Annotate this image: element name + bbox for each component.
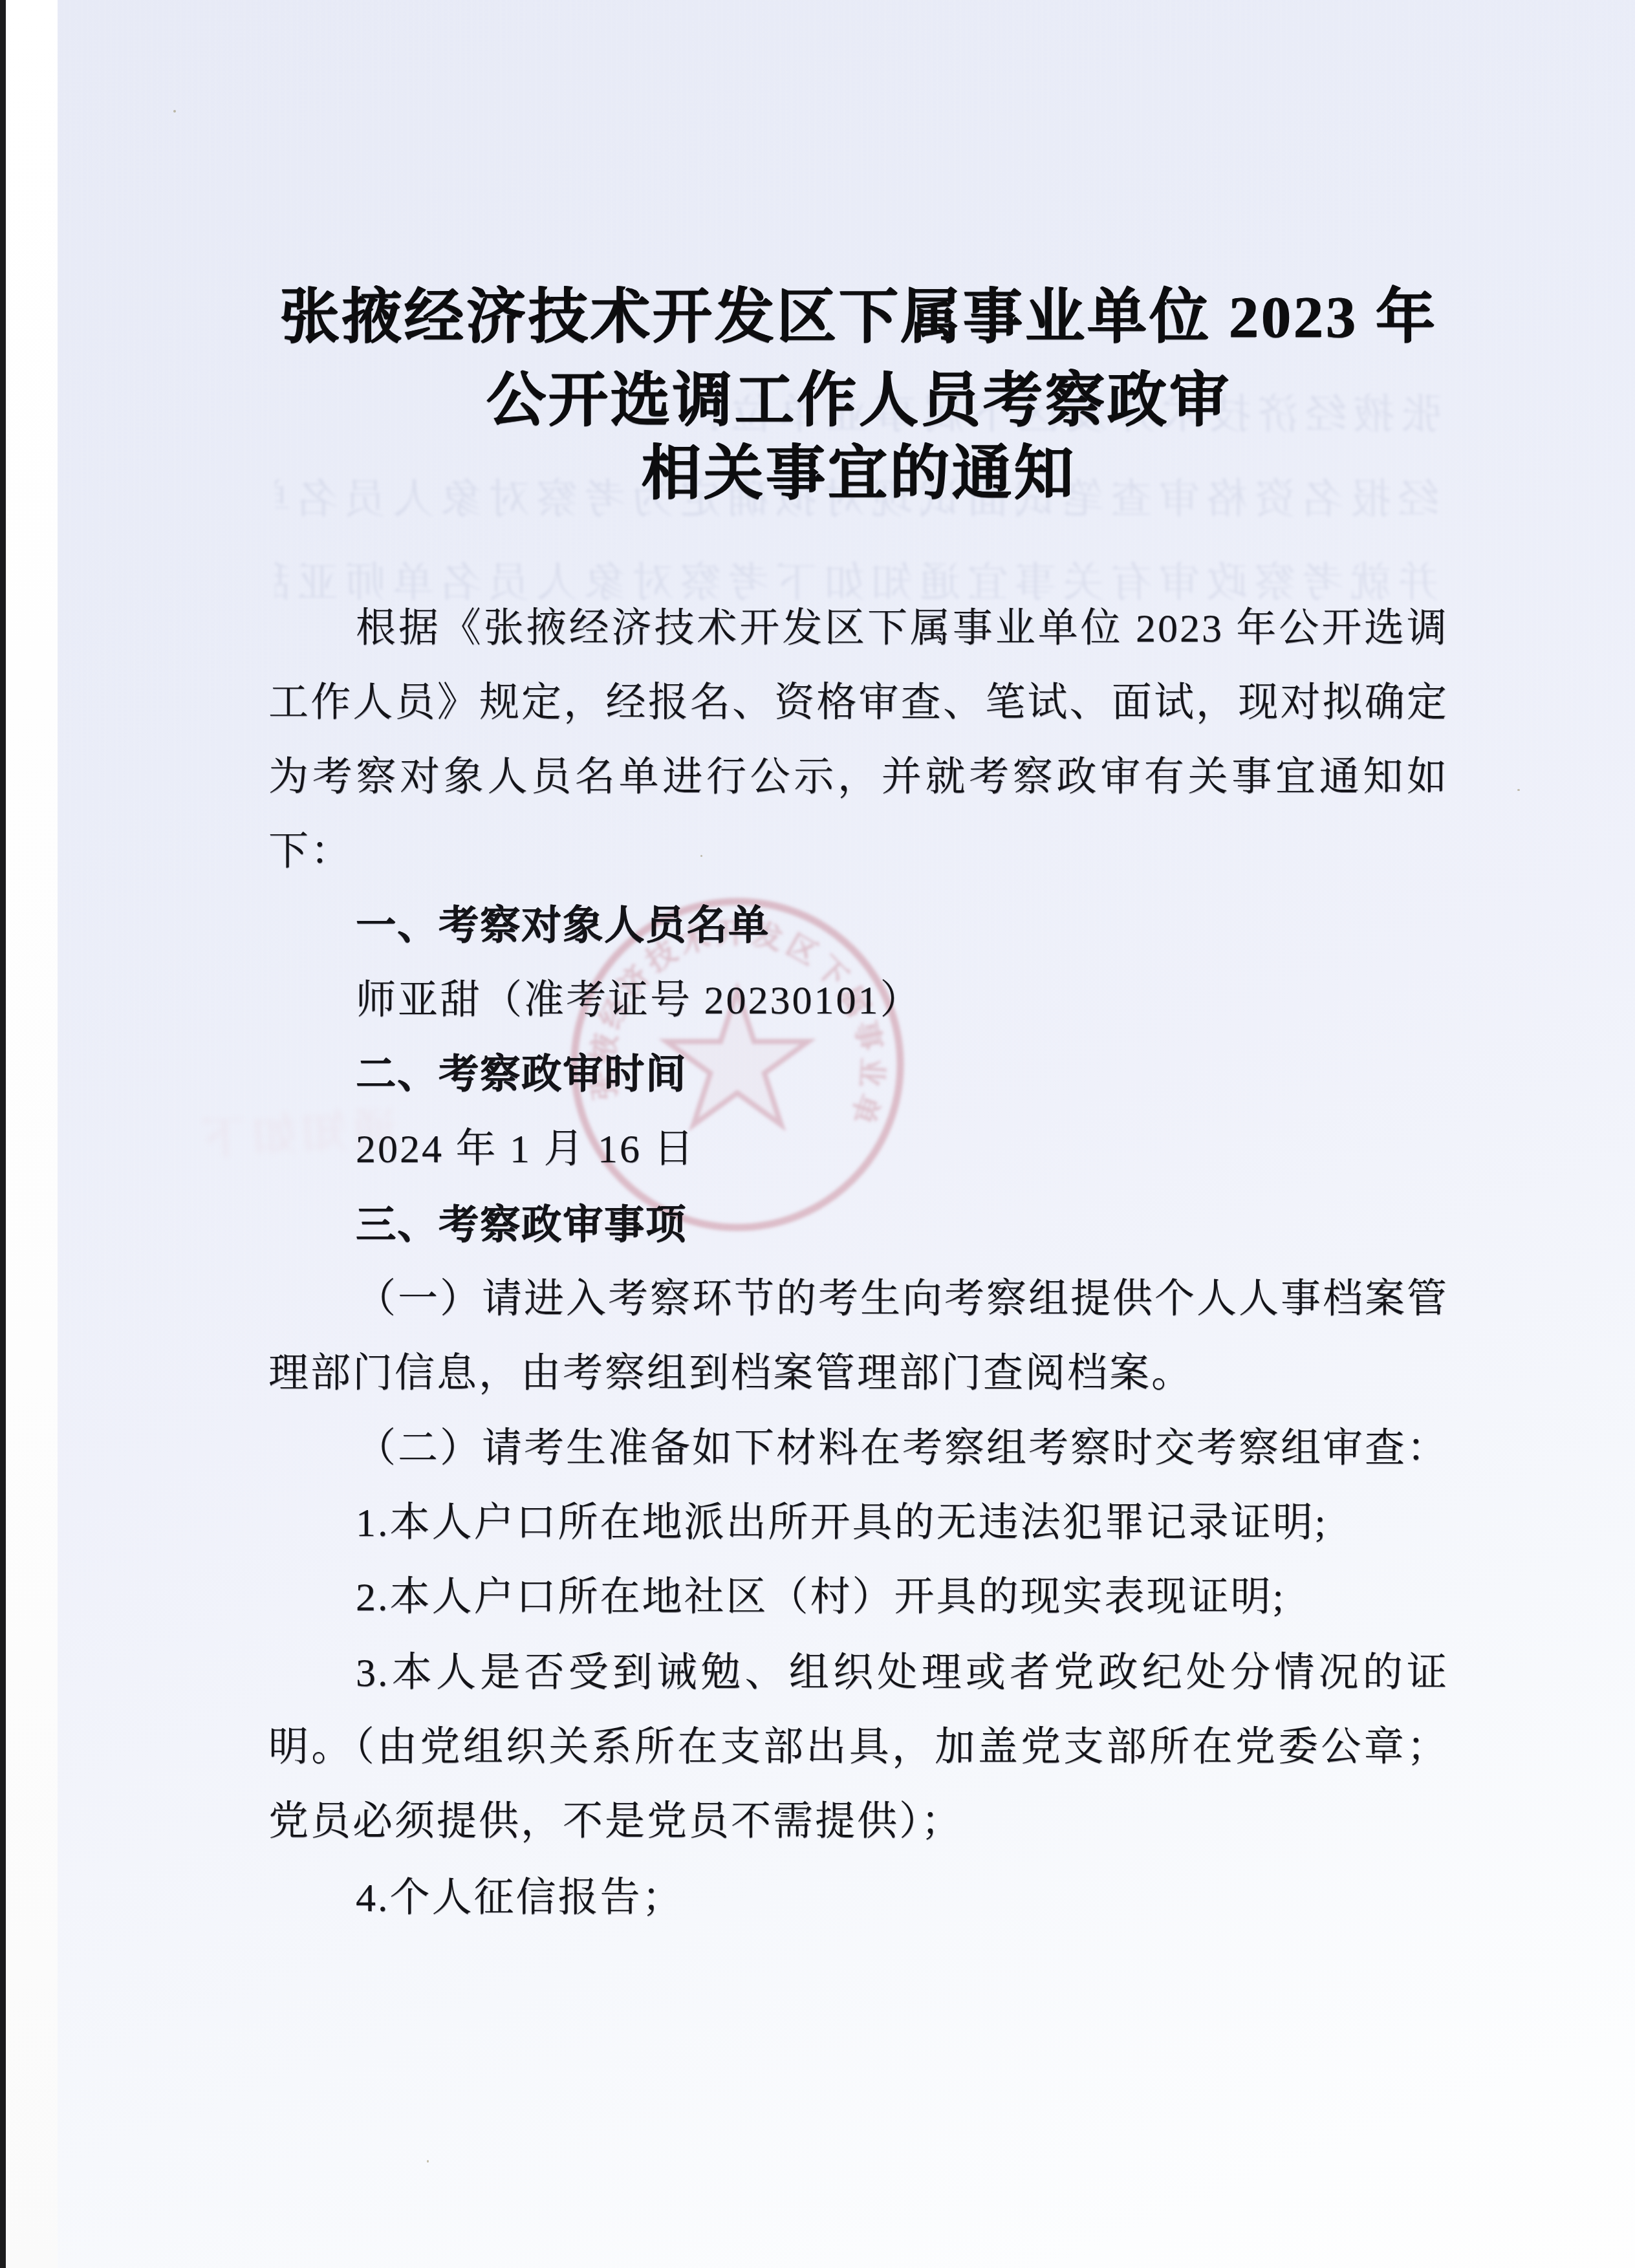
section-3-line: 理部门信息，由考察组到档案管理部门查阅档案。 bbox=[268, 1350, 1449, 1398]
scanned-notice-page: 张掖经济技术开发区下属事业单位公开选调 经报名资格审查笔试面试现对拟确定为考察对… bbox=[0, 0, 1635, 2268]
material-item-line: 党员必须提供，不是党员不需提供）； bbox=[268, 1798, 1449, 1846]
section-3-line: （二）请考生准备如下材料在考察组考察时交考察组审查： bbox=[268, 1425, 1449, 1473]
intro-line: 工作人员》规定，经报名、资格审查、笔试、面试，现对拟确定 bbox=[268, 679, 1449, 727]
intro-line: 为考察对象人员名单进行公示，并就考察政审有关事宜通知如 bbox=[268, 753, 1449, 801]
intro-line: 根据《张掖经济技术开发区下属事业单位 2023 年公开选调 bbox=[268, 605, 1449, 653]
notice-title-line-2: 公开选调工作人员考察政审 bbox=[268, 365, 1449, 435]
material-item-line: 3.本人是否受到诫勉、组织处理或者党政纪处分情况的证 bbox=[268, 1649, 1449, 1697]
notice-title-line-1: 张掖经济技术开发区下属事业单位 2023 年 bbox=[268, 282, 1449, 352]
intro-line: 下： bbox=[268, 828, 1449, 876]
notice-title-line-3: 相关事宜的通知 bbox=[268, 438, 1449, 508]
material-item-line: 明。（由党组织关系所在支部出具，加盖党支部所在党委公章； bbox=[268, 1723, 1449, 1771]
official-seal-stamp: 张掖经济技术开发区下属事业单位 bbox=[558, 885, 917, 1244]
seal-star-icon bbox=[667, 990, 808, 1125]
material-item-line: 4.个人征信报告； bbox=[268, 1874, 1449, 1922]
document-ink-layer: 张掖经济技术开发区下属事业单位 2023 年 公开选调工作人员考察政审 相关事宜… bbox=[0, 0, 1635, 2268]
material-item-line: 2.本人户口所在地社区（村）开具的现实表现证明; bbox=[268, 1573, 1449, 1621]
material-item-line: 1.本人户口所在地派出所开具的无违法犯罪记录证明; bbox=[268, 1499, 1449, 1547]
section-3-line: （一）请进入考察环节的考生向考察组提供个人人事档案管 bbox=[268, 1275, 1449, 1323]
